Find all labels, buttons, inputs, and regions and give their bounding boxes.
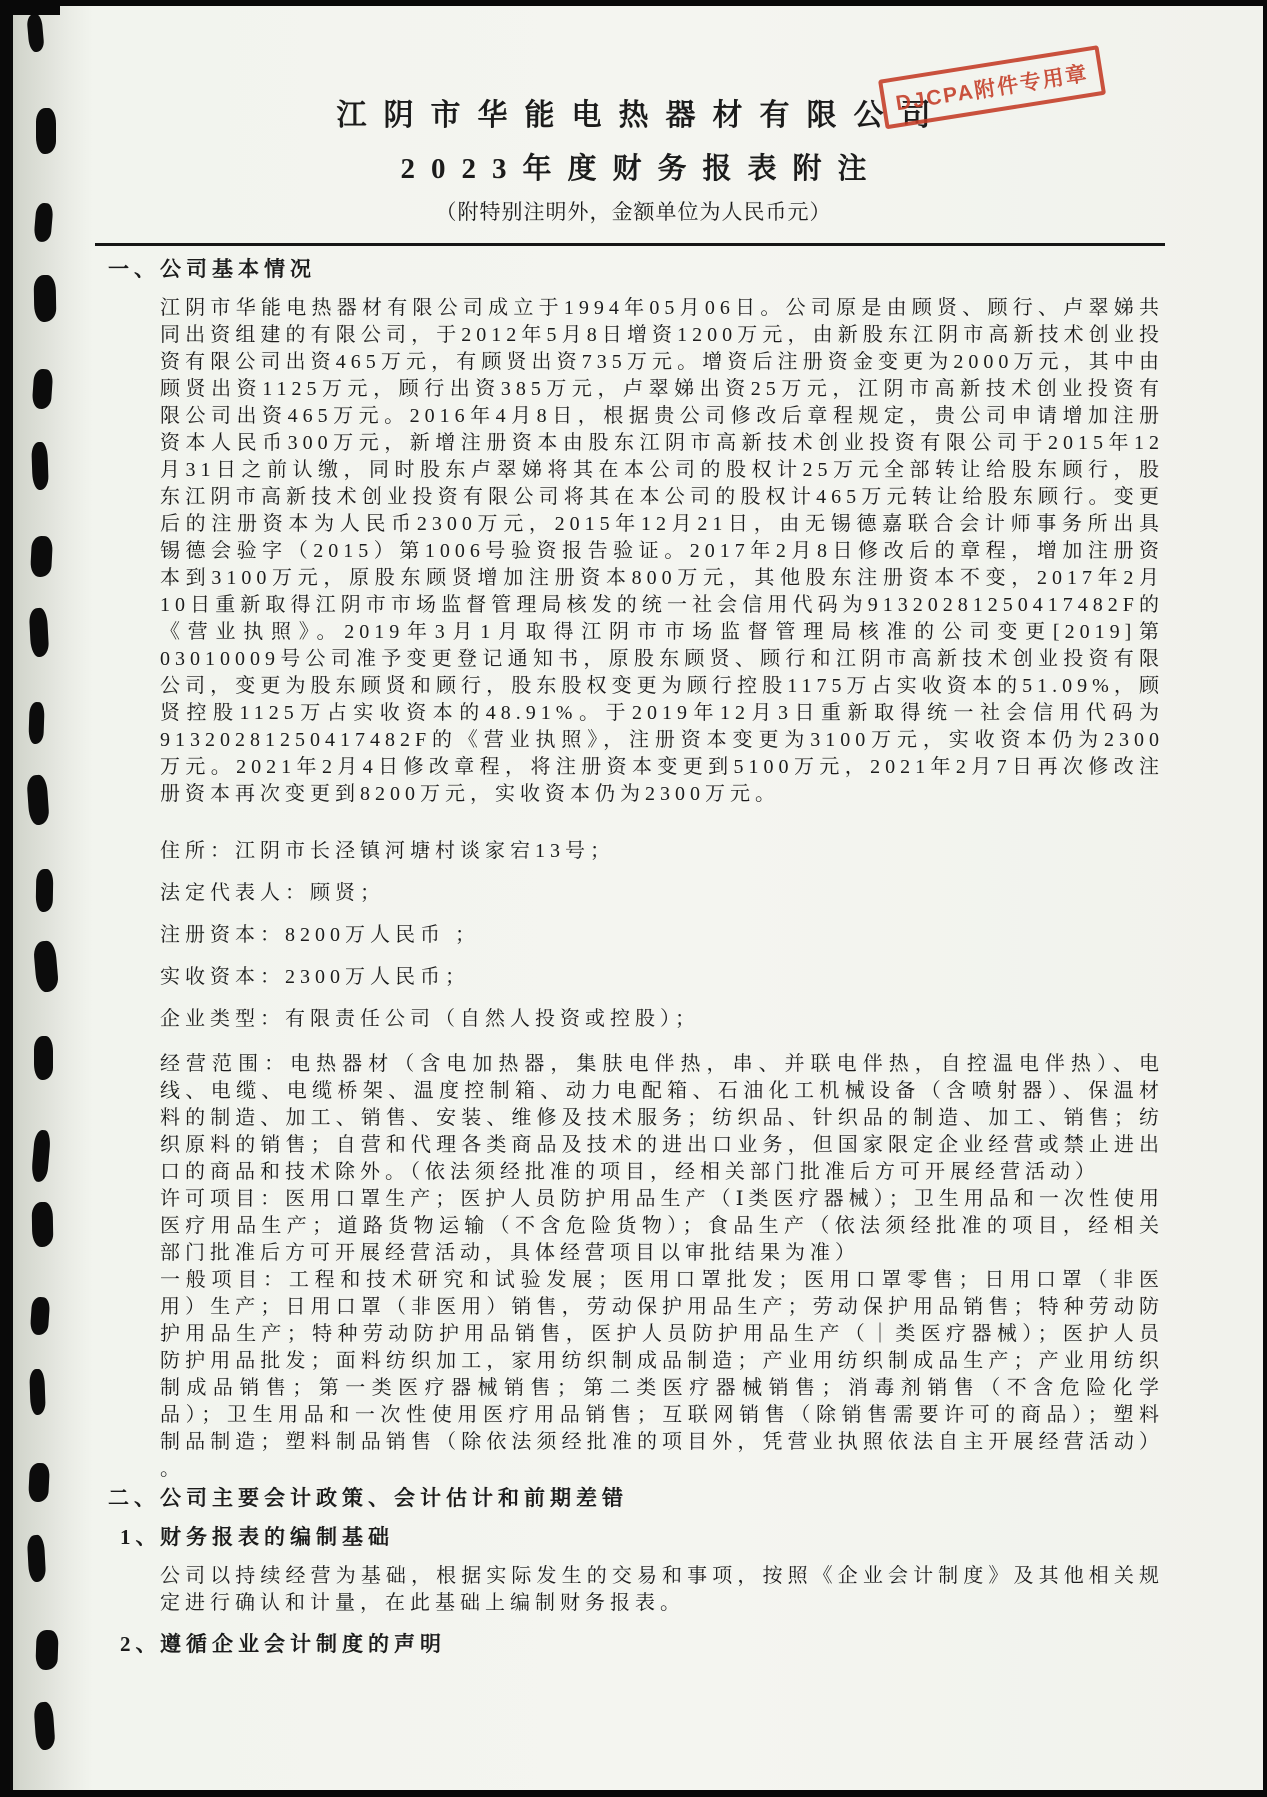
binder-hole bbox=[35, 1629, 58, 1670]
binder-hole bbox=[33, 1701, 55, 1750]
business-scope-licensed-items: 许可项目：医用口罩生产；医护人员防护用品生产（Ⅰ类医疗器械）；卫生用品和一次性使… bbox=[160, 1186, 1164, 1267]
section2-heading: 二、 公司主要会计政策、会计估计和前期差错 bbox=[160, 1485, 1164, 1512]
section2-number: 二、 bbox=[108, 1485, 160, 1512]
business-scope-general: 经营范围：电热器材（含电加热器，集肤电伴热，串、并联电伴热，自控温电伴热）、电线… bbox=[160, 1051, 1164, 1186]
binder-hole bbox=[32, 1202, 54, 1247]
fact-legal-representative: 法定代表人：顾贤； bbox=[160, 880, 1164, 907]
section2-sub1-heading-text: 财务报表的编制基础 bbox=[160, 1525, 394, 1549]
binder-hole bbox=[34, 275, 57, 322]
binder-hole bbox=[34, 1036, 53, 1080]
currency-unit-note: （附特别注明外，金额单位为人民币元） bbox=[0, 196, 1267, 226]
preparation-basis-paragraph: 公司以持续经营为基础，根据实际发生的交易和事项，按照《企业会计制度》及其他相关规… bbox=[160, 1563, 1164, 1617]
section2-sub2-heading: 2、 遵循企业会计制度的声明 bbox=[160, 1631, 1164, 1658]
binder-hole bbox=[31, 441, 49, 490]
section2-sub2-number: 2、 bbox=[120, 1631, 162, 1658]
section2: 二、 公司主要会计政策、会计估计和前期差错 1、 财务报表的编制基础 公司以持续… bbox=[160, 1485, 1164, 1658]
binder-hole bbox=[33, 940, 59, 993]
document-subtitle: 2023年度财务报表附注 bbox=[0, 146, 1267, 187]
section2-sub1-heading: 1、 财务报表的编制基础 bbox=[160, 1524, 1164, 1551]
section2-sub1-number: 1、 bbox=[120, 1524, 162, 1551]
binder-hole bbox=[29, 608, 50, 658]
company-history-paragraph: 江阴市华能电热器材有限公司成立于1994年05月06日。公司原是由顾贤、顾行、卢… bbox=[160, 295, 1164, 808]
binder-hole bbox=[33, 202, 53, 242]
section2-heading-text: 公司主要会计政策、会计估计和前期差错 bbox=[160, 1486, 628, 1510]
binder-hole bbox=[26, 13, 44, 52]
binder-hole bbox=[30, 1296, 51, 1335]
binder-hole bbox=[30, 535, 53, 577]
fact-address: 住所：江阴市长泾镇河塘村谈家宕13号； bbox=[160, 838, 1164, 865]
page-corner-shadow bbox=[0, 0, 60, 15]
page-edge-top bbox=[0, 0, 1267, 6]
binder-hole bbox=[27, 1535, 46, 1583]
fact-registered-capital: 注册资本：8200万人民币 ； bbox=[160, 922, 1164, 949]
binder-hole bbox=[36, 869, 54, 912]
business-scope: 经营范围：电热器材（含电加热器，集肤电伴热，串、并联电伴热，自控温电伴热）、电线… bbox=[160, 1051, 1164, 1483]
binder-hole bbox=[28, 702, 44, 744]
binder-hole bbox=[29, 1369, 46, 1415]
document-body: 一、 公司基本情况 江阴市华能电热器材有限公司成立于1994年05月06日。公司… bbox=[160, 256, 1164, 1658]
section1-number: 一、 bbox=[108, 256, 160, 283]
binder-hole bbox=[36, 108, 56, 154]
page-edge-bottom bbox=[0, 1790, 1267, 1797]
binder-marks bbox=[0, 0, 90, 1797]
business-scope-ordinary-items: 一般项目：工程和技术研究和试验发展；医用口罩批发；医用口罩零售；日用口罩（非医用… bbox=[160, 1267, 1164, 1483]
header-rule bbox=[95, 243, 1165, 246]
binder-hole bbox=[28, 1463, 50, 1503]
page-edge-left bbox=[0, 0, 13, 1797]
binder-hole bbox=[31, 1129, 51, 1182]
binder-hole bbox=[32, 369, 54, 410]
section1-heading: 一、 公司基本情况 bbox=[160, 256, 1164, 283]
fact-company-type: 企业类型：有限责任公司（自然人投资或控股）； bbox=[160, 1006, 1164, 1033]
fact-paid-in-capital: 实收资本：2300万人民币； bbox=[160, 964, 1164, 991]
section2-sub2-heading-text: 遵循企业会计制度的声明 bbox=[160, 1632, 446, 1656]
page-edge-right bbox=[1263, 0, 1267, 1797]
binder-hole bbox=[26, 774, 49, 825]
section1-heading-text: 公司基本情况 bbox=[160, 257, 316, 281]
